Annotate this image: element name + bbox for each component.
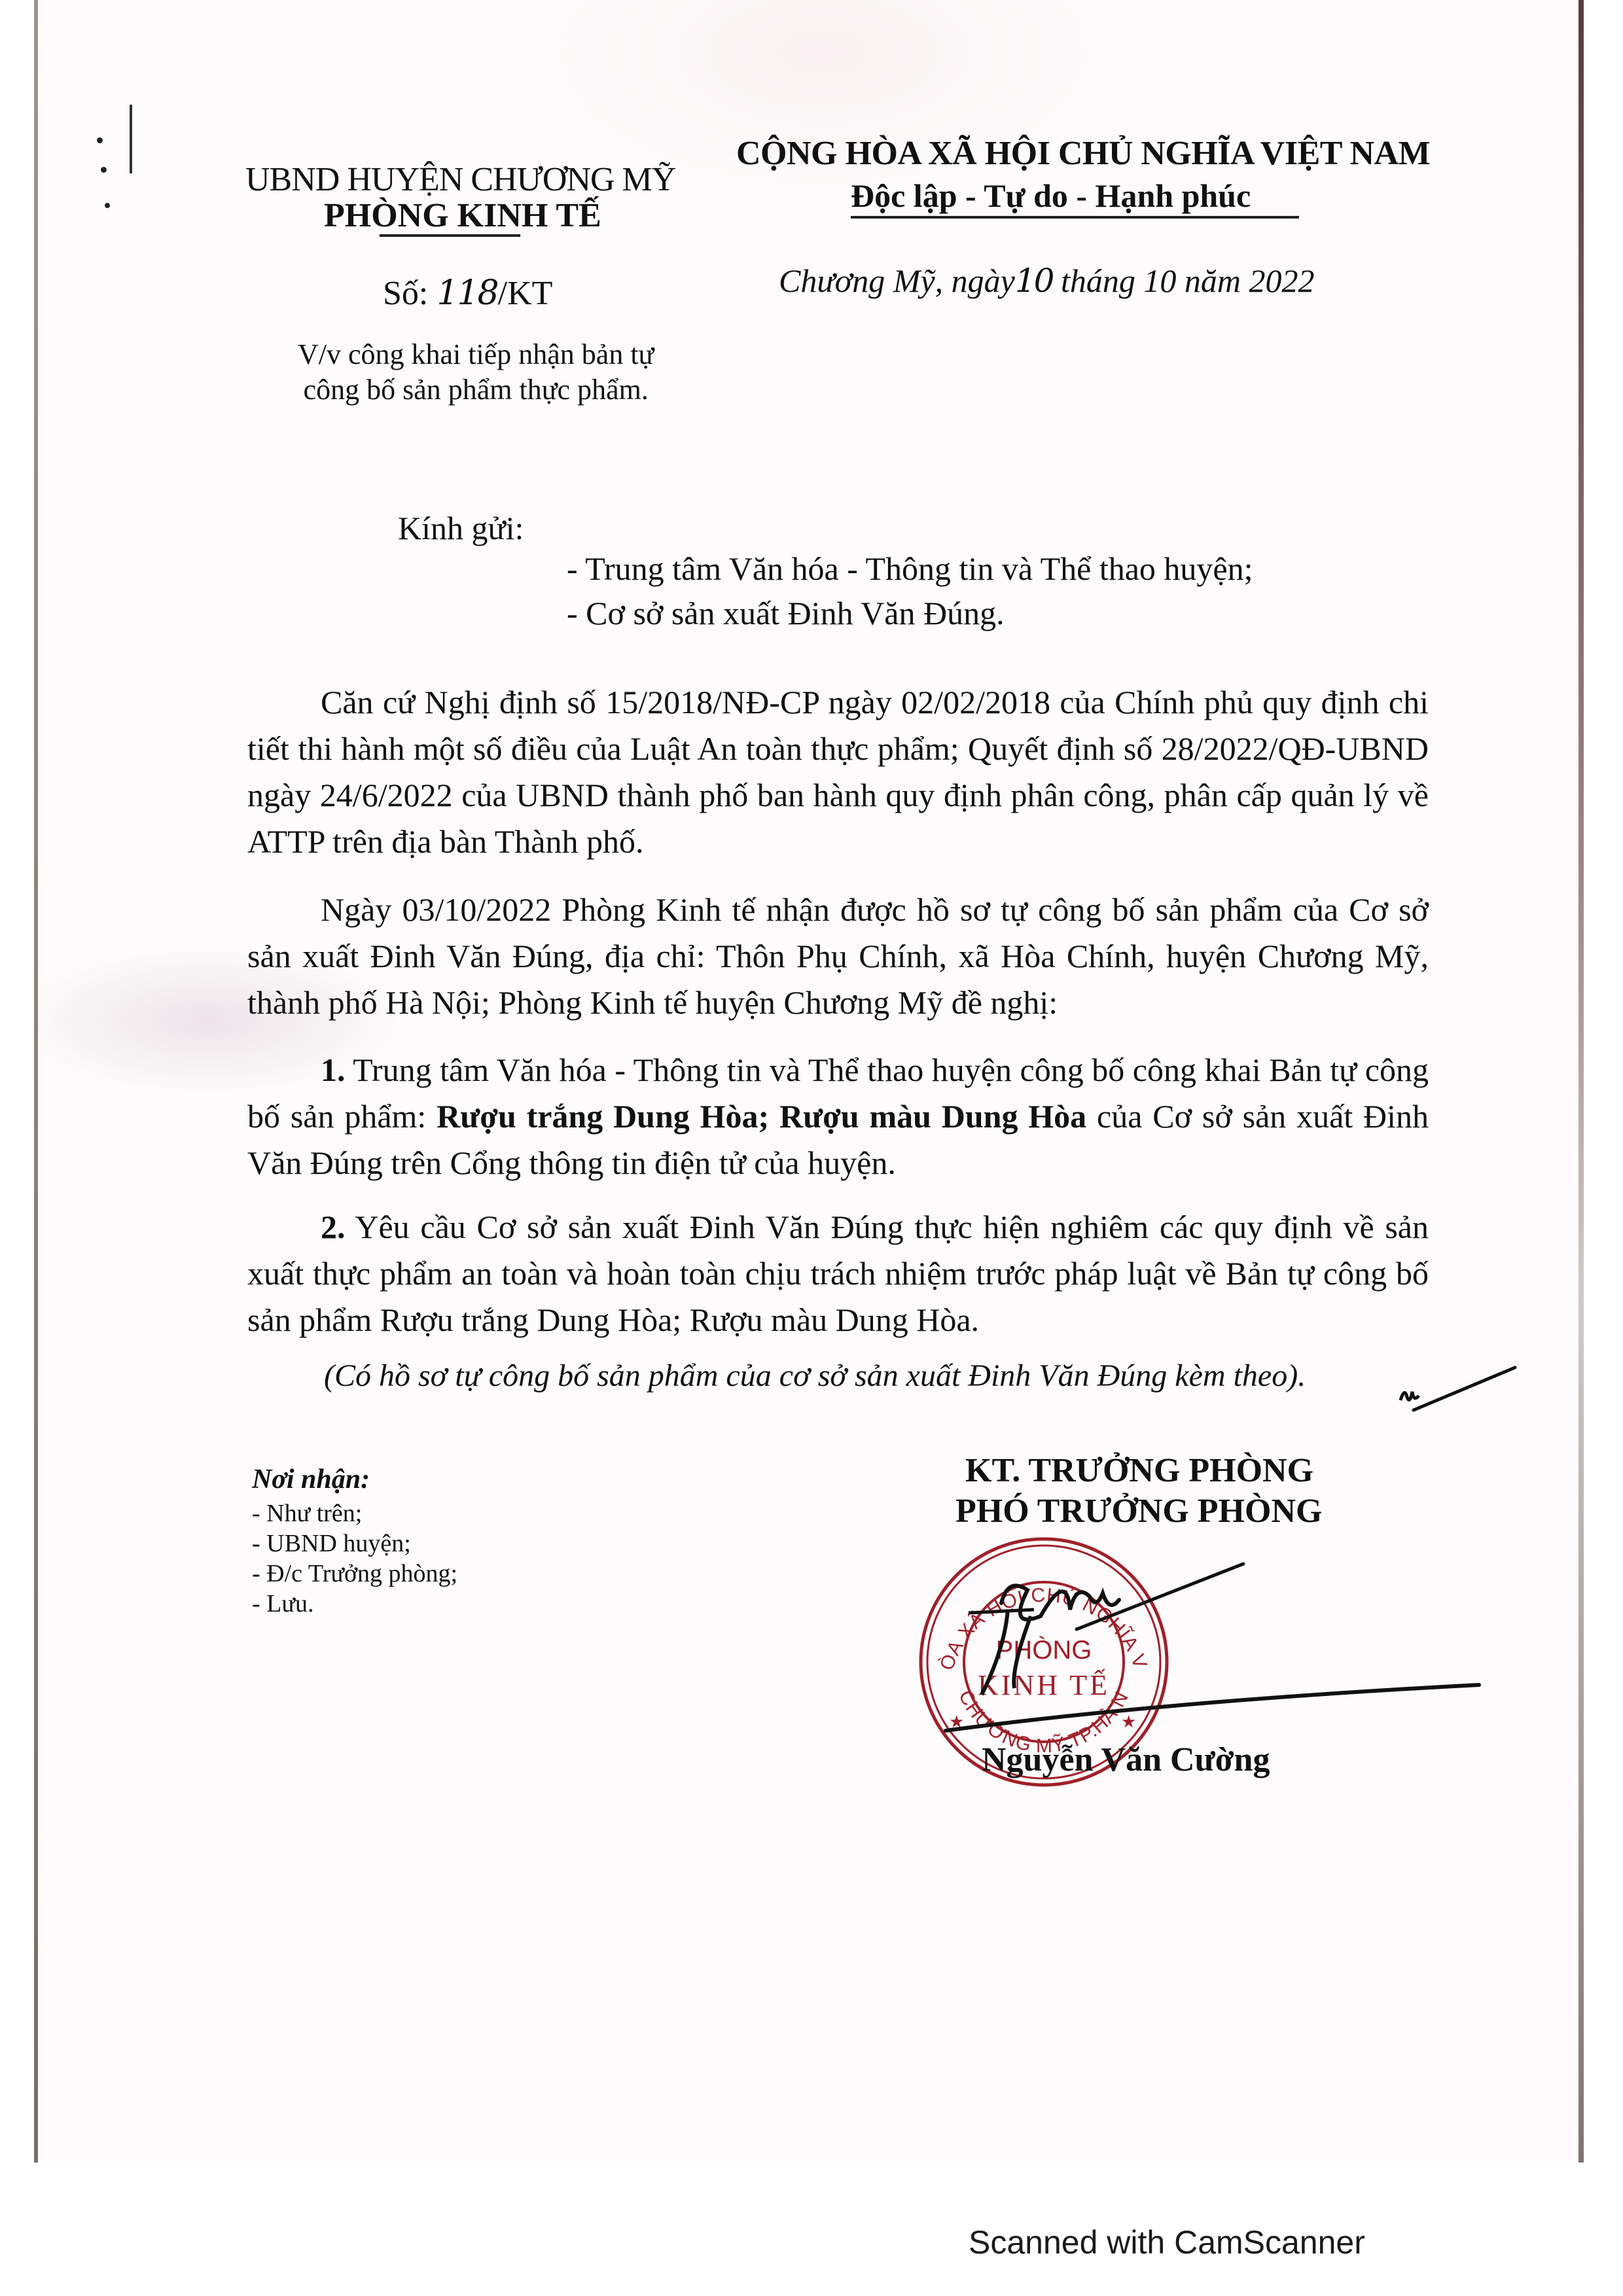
distribution-item: - Như trên; bbox=[252, 1498, 457, 1528]
distribution-list: - Như trên; - UBND huyện; - Đ/c Trưởng p… bbox=[252, 1498, 457, 1619]
document-date: Chương Mỹ, ngày10 tháng 10 năm 2022 bbox=[779, 262, 1314, 300]
document-number: Số: 118/KT bbox=[383, 274, 552, 313]
distribution-item: - Lưu. bbox=[252, 1589, 457, 1619]
recipient: - Cơ sở sản xuất Đinh Văn Đúng. bbox=[567, 594, 1005, 632]
request-item-2: 2. Yêu cầu Cơ sở sản xuất Đinh Văn Đúng … bbox=[247, 1204, 1429, 1343]
camscanner-watermark: Scanned with CamScanner bbox=[969, 2223, 1365, 2261]
signer-name: Nguyễn Văn Cường bbox=[982, 1740, 1270, 1779]
date-suffix: tháng 10 năm 2022 bbox=[1061, 262, 1315, 299]
national-motto: Độc lập - Tự do - Hạnh phúc bbox=[851, 177, 1251, 215]
distribution-title: Nơi nhận: bbox=[252, 1464, 370, 1495]
salutation-label: Kính gửi: bbox=[398, 509, 524, 547]
date-day-handwritten: 10 bbox=[1015, 262, 1053, 300]
item-text: Yêu cầu Cơ sở sản xuất Đinh Văn Đúng thự… bbox=[247, 1209, 1429, 1338]
page-left-edge bbox=[34, 0, 38, 2163]
punch-dot bbox=[105, 203, 110, 208]
distribution-item: - Đ/c Trưởng phòng; bbox=[252, 1559, 457, 1589]
initial-mark-icon bbox=[1394, 1348, 1518, 1420]
distribution-item: - UBND huyện; bbox=[252, 1528, 457, 1559]
signer-title-1: KT. TRƯỞNG PHÒNG bbox=[965, 1451, 1313, 1490]
recipient: - Trung tâm Văn hóa - Thông tin và Thể t… bbox=[567, 550, 1253, 588]
motto-underline bbox=[851, 216, 1299, 219]
punch-mark bbox=[130, 105, 132, 173]
number-handwritten: 118 bbox=[437, 274, 497, 313]
subject-line: V/v công khai tiếp nhận bản tự bbox=[298, 337, 654, 372]
punch-dot bbox=[101, 167, 107, 173]
number-label: Số: bbox=[383, 275, 428, 312]
product-names: Rượu trắng Dung Hòa; Rượu màu Dung Hòa bbox=[437, 1098, 1086, 1135]
punch-dot bbox=[97, 137, 103, 143]
department-underline bbox=[380, 234, 520, 237]
item-number: 1. bbox=[321, 1051, 346, 1088]
request-item-1: 1. Trung tâm Văn hóa - Thông tin và Thể … bbox=[247, 1047, 1429, 1186]
receipt-paragraph: Ngày 03/10/2022 Phòng Kinh tế nhận được … bbox=[247, 887, 1429, 1026]
item-number: 2. bbox=[321, 1209, 346, 1245]
page-right-edge bbox=[1578, 0, 1584, 2163]
subject-line: công bố sản phẩm thực phẩm. bbox=[298, 372, 654, 408]
document-subject: V/v công khai tiếp nhận bản tự công bố s… bbox=[298, 337, 654, 408]
date-prefix: Chương Mỹ, ngày bbox=[779, 262, 1015, 299]
national-title: CỘNG HÒA XÃ HỘI CHỦ NGHĨA VIỆT NAM bbox=[736, 134, 1430, 173]
attachment-note: (Có hồ sơ tự công bố sản phẩm của cơ sở … bbox=[324, 1358, 1306, 1394]
number-suffix: /KT bbox=[498, 275, 553, 312]
issuing-authority: UBND HUYỆN CHƯƠNG MỸ bbox=[245, 160, 675, 199]
department-name: PHÒNG KINH TẾ bbox=[324, 196, 601, 235]
legal-basis-paragraph: Căn cứ Nghị định số 15/2018/NĐ-CP ngày 0… bbox=[247, 679, 1429, 865]
